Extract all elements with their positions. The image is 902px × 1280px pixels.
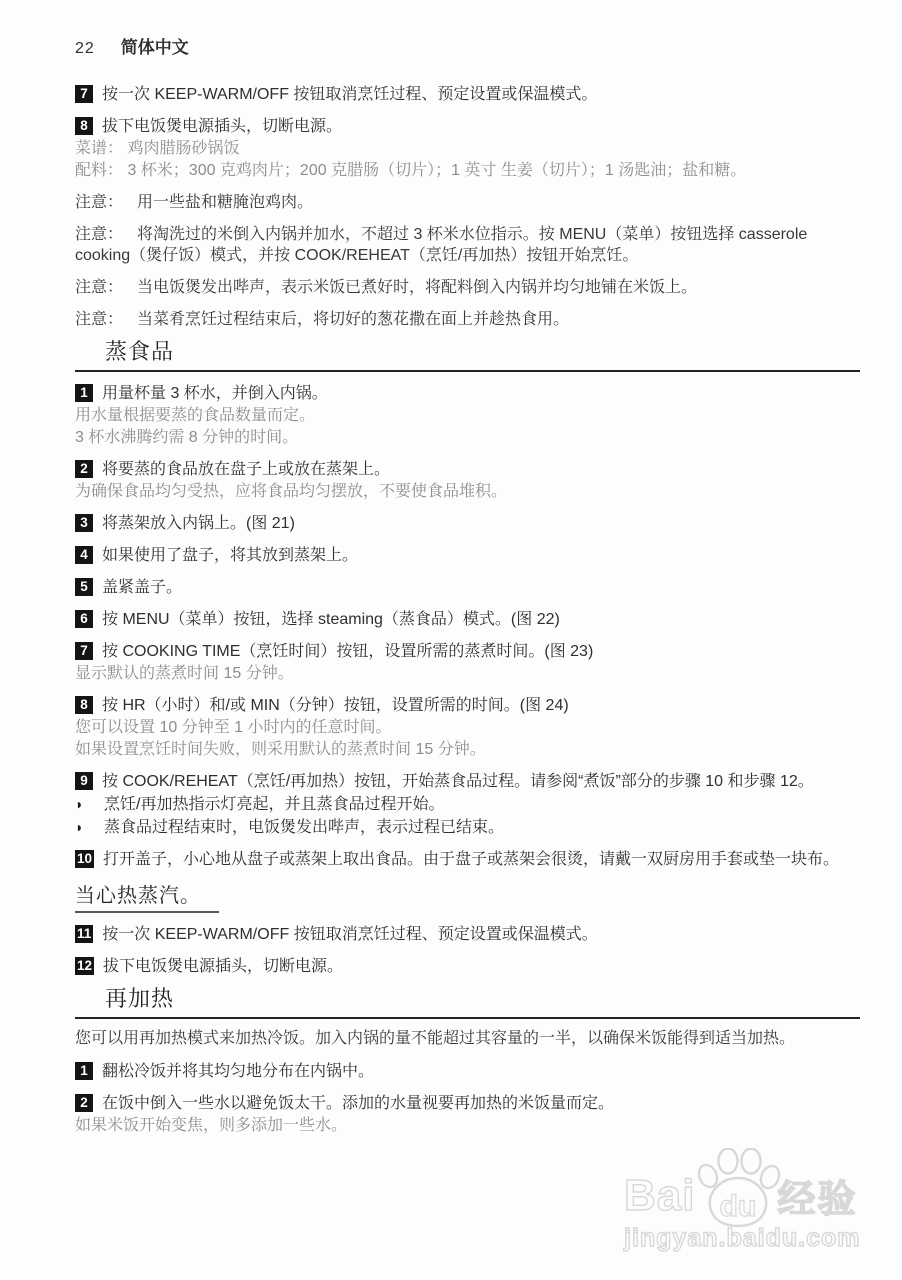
instruction-step: 2将要蒸的食品放在盘子上或放在蒸架上。 (75, 459, 860, 480)
page-content: 22简体中文 7按一次 KEEP-WARM/OFF 按钮取消烹饪过程、预定设置或… (75, 38, 860, 1136)
instruction-step: 1用量杯量 3 杯水，并倒入内锅。 (75, 383, 860, 404)
step-number-badge: 2 (75, 460, 93, 478)
page-language-title: 简体中文 (121, 38, 189, 57)
step-text: 将要蒸的食品放在盘子上或放在蒸架上。 (102, 459, 860, 480)
step-number-badge: 12 (75, 957, 94, 975)
step-number-badge: 3 (75, 514, 93, 532)
step-text: 按 COOK/REHEAT（烹饪/再加热）按钮，开始蒸食品过程。请参阅“煮饭”部… (102, 771, 860, 792)
step-subtext: 菜谱： 鸡肉腊肠砂锅饭 (75, 138, 860, 159)
instruction-step: 11按一次 KEEP-WARM/OFF 按钮取消烹饪过程、预定设置或保温模式。 (75, 924, 860, 945)
baidu-paw-icon: du (691, 1148, 783, 1228)
step-number-badge: 8 (75, 117, 93, 135)
note-label: 注意： (75, 279, 123, 296)
step-subtext: 为确保食品均匀受热，应将食品均匀摆放，不要使食品堆积。 (75, 481, 860, 502)
instruction-step: 8拔下电饭煲电源插头，切断电源。 (75, 116, 860, 137)
note-label: 注意： (75, 311, 123, 328)
page-header: 22简体中文 (75, 38, 860, 59)
instruction-blocks: 7按一次 KEEP-WARM/OFF 按钮取消烹饪过程、预定设置或保温模式。8拔… (75, 84, 860, 1136)
instruction-step: 1翻松冷饭并将其均匀地分布在内锅中。 (75, 1061, 860, 1082)
baidu-logo-text-du: du (720, 1190, 757, 1223)
step-text: 用量杯量 3 杯水，并倒入内锅。 (102, 383, 860, 404)
note-text: 将淘洗过的米倒入内锅并加水，不超过 3 杯米水位指示。按 MENU（菜单）按钮选… (75, 226, 807, 264)
step-number-badge: 7 (75, 85, 93, 103)
instruction-step: 6按 MENU（菜单）按钮，选择 steaming（蒸食品）模式。(图 22) (75, 609, 860, 630)
warning-text: 当心热蒸汽。 (75, 884, 860, 908)
step-number-badge: 8 (75, 696, 93, 714)
page-number: 22 (75, 40, 95, 57)
step-number-badge: 6 (75, 610, 93, 628)
step-text: 按 MENU（菜单）按钮，选择 steaming（蒸食品）模式。(图 22) (102, 609, 860, 630)
note-text: 用一些盐和糖腌泡鸡肉。 (137, 194, 313, 211)
step-number-badge: 1 (75, 1062, 93, 1080)
step-number-badge: 1 (75, 384, 93, 402)
step-text: 如果使用了盘子，将其放到蒸架上。 (102, 545, 860, 566)
step-subtext: 显示默认的蒸煮时间 15 分钟。 (75, 663, 860, 684)
step-subtext: 如果米饭开始变焦，则多添加一些水。 (75, 1115, 860, 1136)
note-label: 注意： (75, 194, 123, 211)
step-text: 将蒸架放入内锅上。(图 21) (102, 513, 860, 534)
step-number-badge: 2 (75, 1094, 93, 1112)
manual-page: Bai du 经验 jingyan.baidu.com 22简体中文 7按一次 … (0, 0, 902, 1280)
baidu-watermark: Bai du 经验 jingyan.baidu.com (624, 1148, 902, 1252)
step-text: 按一次 KEEP-WARM/OFF 按钮取消烹饪过程、预定设置或保温模式。 (102, 924, 860, 945)
baidu-watermark-url: jingyan.baidu.com (624, 1224, 902, 1252)
step-text: 盖紧盖子。 (102, 577, 860, 598)
bullet-text: 烹饪/再加热指示灯亮起，并且蒸食品过程开始。 (104, 794, 444, 815)
step-text: 翻松冷饭并将其均匀地分布在内锅中。 (102, 1061, 860, 1082)
note-paragraph: 注意：当电饭煲发出哔声，表示米饭已煮好时，将配料倒入内锅并均匀地铺在米饭上。 (75, 277, 860, 298)
instruction-step: 10打开盖子，小心地从盘子或蒸架上取出食品。由于盘子或蒸架会很烫，请戴一双厨房用… (75, 849, 860, 870)
instruction-step: 12拔下电饭煲电源插头，切断电源。 (75, 956, 860, 977)
section-heading-block: 蒸食品 (75, 340, 860, 372)
step-subtext: 3 杯水沸腾约需 8 分钟的时间。 (75, 427, 860, 448)
instruction-step: 9按 COOK/REHEAT（烹饪/再加热）按钮，开始蒸食品过程。请参阅“煮饭”… (75, 771, 860, 792)
step-text: 按一次 KEEP-WARM/OFF 按钮取消烹饪过程、预定设置或保温模式。 (102, 84, 860, 105)
note-paragraph: 注意：当菜肴烹饪过程结束后，将切好的葱花撒在面上并趁热食用。 (75, 309, 860, 330)
warning-underlined-text: 当心热蒸汽。 (75, 885, 219, 913)
section-heading: 再加热 (105, 987, 860, 1011)
instruction-step: 2在饭中倒入一些水以避免饭太干。添加的水量视要再加热的米饭量而定。 (75, 1093, 860, 1114)
step-text: 在饭中倒入一些水以避免饭太干。添加的水量视要再加热的米饭量而定。 (102, 1093, 860, 1114)
instruction-step: 5盖紧盖子。 (75, 577, 860, 598)
instruction-step: 7按 COOKING TIME（烹饪时间）按钮，设置所需的蒸煮时间。(图 23) (75, 641, 860, 662)
step-number-badge: 4 (75, 546, 93, 564)
step-text: 拔下电饭煲电源插头，切断电源。 (102, 116, 860, 137)
step-text: 按 COOKING TIME（烹饪时间）按钮，设置所需的蒸煮时间。(图 23) (102, 641, 860, 662)
step-number-badge: 7 (75, 642, 93, 660)
instruction-step: 7按一次 KEEP-WARM/OFF 按钮取消烹饪过程、预定设置或保温模式。 (75, 84, 860, 105)
step-subtext: 您可以设置 10 分钟至 1 小时内的任意时间。 (75, 717, 860, 738)
step-text: 打开盖子，小心地从盘子或蒸架上取出食品。由于盘子或蒸架会很烫，请戴一双厨房用手套… (103, 849, 860, 870)
body-paragraph: 您可以用再加热模式来加热冷饭。加入内锅的量不能超过其容量的一半，以确保米饭能得到… (75, 1028, 860, 1050)
section-heading-block: 再加热 (75, 987, 860, 1019)
step-text: 拔下电饭煲电源插头，切断电源。 (103, 956, 860, 977)
instruction-step: 4如果使用了盘子，将其放到蒸架上。 (75, 545, 860, 566)
step-number-badge: 10 (75, 850, 94, 868)
bullet-text: 蒸食品过程结束时，电饭煲发出哔声，表示过程已结束。 (104, 817, 504, 838)
note-paragraph: 注意：将淘洗过的米倒入内锅并加水，不超过 3 杯米水位指示。按 MENU（菜单）… (75, 224, 860, 266)
step-text: 按 HR（小时）和/或 MIN（分钟）按钮，设置所需的时间。(图 24) (102, 695, 860, 716)
step-subtext: 配料： 3 杯米；300 克鸡肉片；200 克腊肠（切片）；1 英寸 生姜（切片… (75, 160, 860, 181)
result-bullet: ◗烹饪/再加热指示灯亮起，并且蒸食品过程开始。 (75, 794, 860, 815)
note-label: 注意： (75, 226, 123, 243)
step-subtext: 用水量根据要蒸的食品数量而定。 (75, 405, 860, 426)
baidu-logo-text-bai: Bai (624, 1174, 695, 1218)
result-bullet: ◗蒸食品过程结束时，电饭煲发出哔声，表示过程已结束。 (75, 817, 860, 838)
step-subtext: 如果设置烹饪时间失败，则采用默认的蒸煮时间 15 分钟。 (75, 739, 860, 760)
step-number-badge: 5 (75, 578, 93, 596)
baidu-logo: Bai du 经验 (624, 1148, 902, 1226)
instruction-step: 3将蒸架放入内锅上。(图 21) (75, 513, 860, 534)
baidu-logo-text-jingyan: 经验 (777, 1180, 857, 1220)
step-number-badge: 11 (75, 925, 93, 943)
note-text: 当电饭煲发出哔声，表示米饭已煮好时，将配料倒入内锅并均匀地铺在米饭上。 (137, 279, 697, 296)
note-text: 当菜肴烹饪过程结束后，将切好的葱花撒在面上并趁热食用。 (137, 311, 569, 328)
half-circle-bullet-icon: ◗ (75, 794, 91, 815)
note-paragraph: 注意：用一些盐和糖腌泡鸡肉。 (75, 192, 860, 213)
section-heading: 蒸食品 (105, 340, 860, 364)
half-circle-bullet-icon: ◗ (75, 817, 91, 838)
instruction-step: 8按 HR（小时）和/或 MIN（分钟）按钮，设置所需的时间。(图 24) (75, 695, 860, 716)
step-number-badge: 9 (75, 772, 93, 790)
